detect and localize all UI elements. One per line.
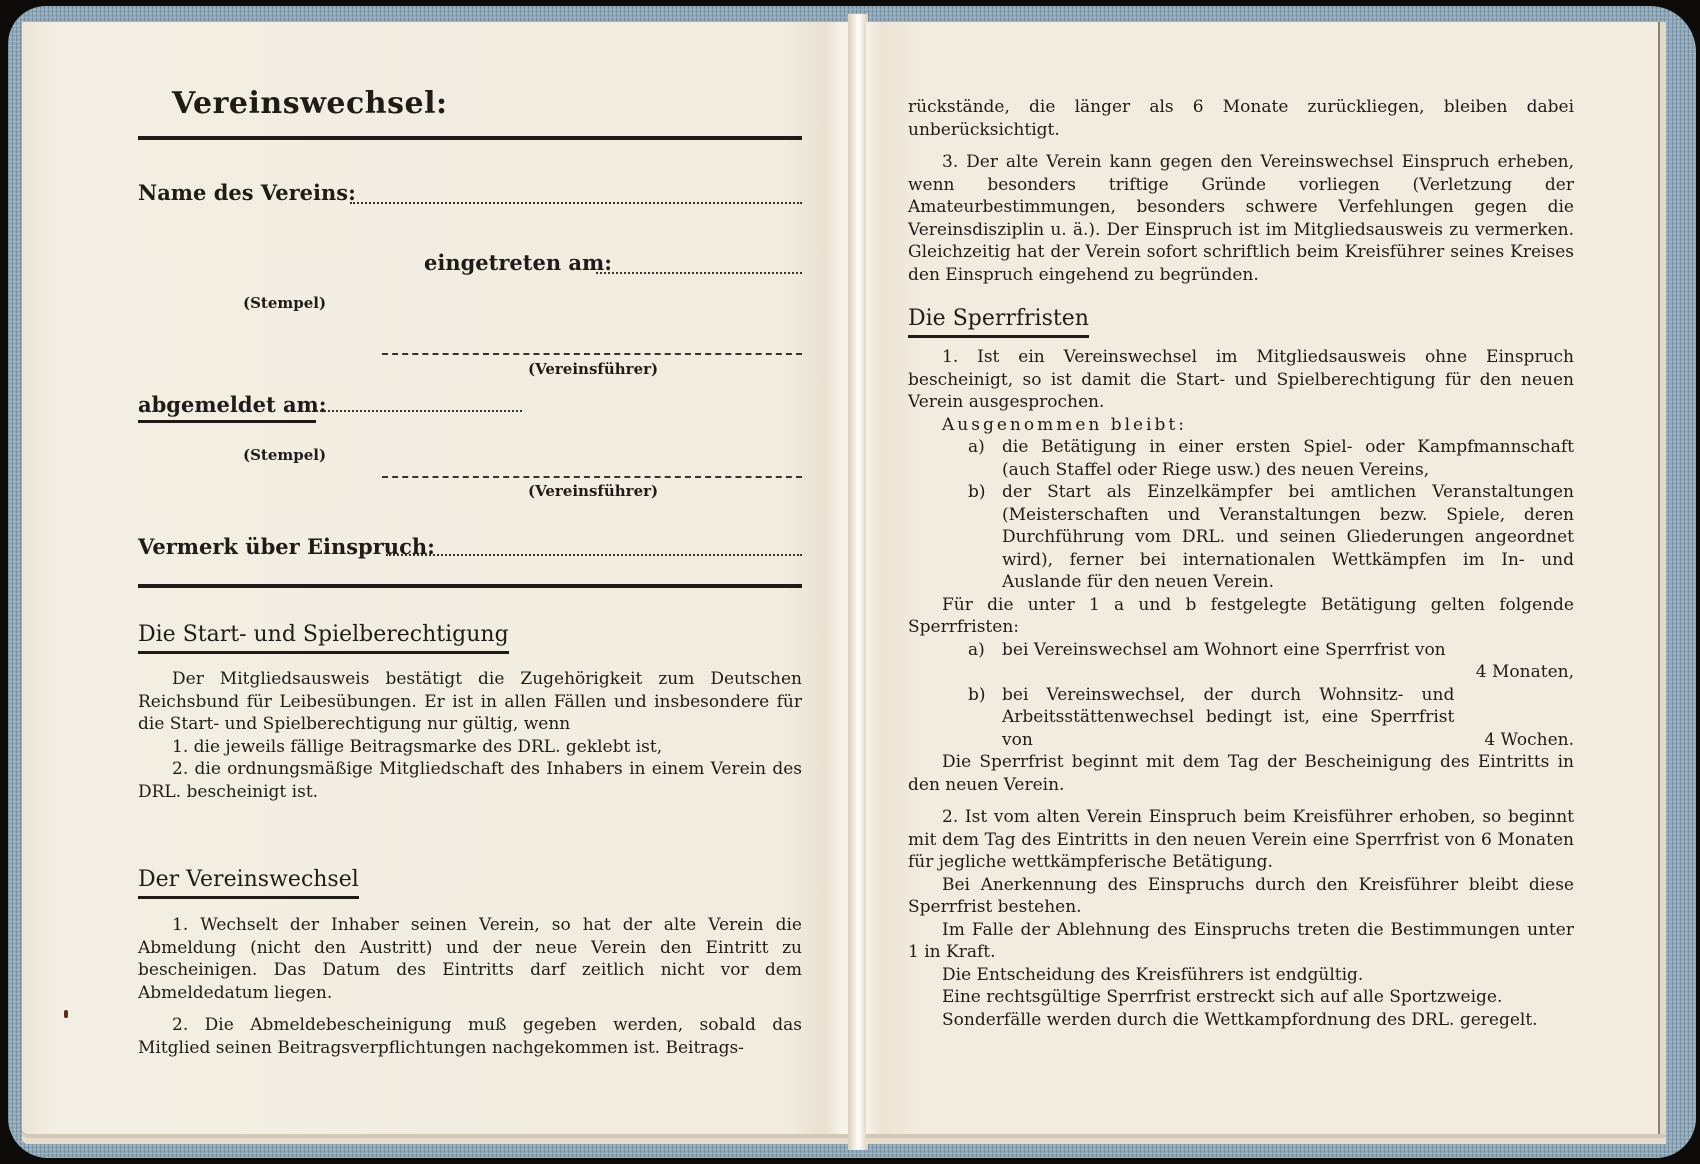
paragraph: Sonderfälle werden durch die Wettkampfor… — [908, 1009, 1574, 1032]
paragraph: rückstände, die länger als 6 Monate zurü… — [908, 96, 1574, 141]
blocking-periods-text: 1. Ist ein Vereinswechsel im Mitgliedsau… — [908, 346, 1574, 1031]
paragraph: Bei Anerkennung des Einspruchs durch den… — [908, 874, 1574, 919]
paragraph: 1. Ist ein Vereinswechsel im Mitgliedsau… — [908, 346, 1574, 414]
paragraph: Für die unter 1 a und b festgelegte Betä… — [908, 594, 1574, 639]
period-value: 4 Monaten, — [1002, 661, 1574, 684]
club-name-label: Name des Vereins: — [138, 180, 356, 205]
paragraph: 2. Ist vom alten Verein Einspruch beim K… — [908, 806, 1574, 874]
paper-mark — [64, 1010, 68, 1018]
deregistered-date-field[interactable] — [316, 410, 522, 412]
exception-item: a) die Betätigung in einer ersten Spiel-… — [908, 436, 1574, 481]
section-heading-blocking-periods: Die Sperrfristen — [908, 306, 1089, 338]
list-text: bei Vereinswechsel am Wohnort eine Sperr… — [1002, 640, 1446, 660]
deregistered-underline — [138, 420, 316, 423]
exception-intro: Ausgenommen bleibt: — [908, 414, 1574, 437]
right-page-text-top: rückstände, die länger als 6 Monate zurü… — [908, 96, 1574, 286]
paragraph: Eine rechtsgültige Sperrfrist erstreckt … — [908, 986, 1574, 1009]
paragraph: Der Mitgliedsausweis bestätigt die Zugeh… — [138, 668, 802, 736]
list-label: a) — [968, 639, 1002, 684]
deregistered-date-label: abgemeldet am: — [138, 392, 327, 417]
paragraph: Die Sperrfrist beginnt mit dem Tag der B… — [908, 751, 1574, 796]
club-name-field[interactable] — [350, 202, 802, 204]
period-value: 4 Wochen. — [1484, 729, 1574, 752]
start-eligibility-text: Der Mitgliedsausweis bestätigt die Zugeh… — [138, 668, 802, 803]
list-text: bei Vereinswechsel, der durch Wohnsitz- … — [1002, 684, 1484, 752]
list-label: b) — [968, 481, 1002, 594]
page-title: Vereinswechsel: — [172, 86, 448, 121]
list-item: 2. die ordnungsmäßige Mitgliedschaft des… — [138, 758, 802, 803]
paragraph: 1. Wechselt der Inhaber seinen Verein, s… — [138, 914, 802, 1004]
period-item: a) bei Vereinswechsel am Wohnort eine Sp… — [908, 639, 1574, 684]
section-heading-start-eligibility: Die Start- und Spielberechtigung — [138, 622, 509, 654]
list-item: 1. die jeweils fällige Beitragsmarke des… — [138, 736, 802, 759]
stamp-label: (Stempel) — [243, 294, 326, 312]
club-leader-label: (Vereinsführer) — [528, 482, 658, 500]
book-spine-gutter — [848, 14, 868, 1150]
club-leader-signature-field[interactable] — [382, 476, 802, 478]
club-change-text: 1. Wechselt der Inhaber seinen Verein, s… — [138, 914, 802, 1059]
joined-date-label: eingetreten am: — [424, 250, 612, 275]
list-text: die Betätigung in einer ersten Spiel- od… — [1002, 436, 1574, 481]
list-label: b) — [968, 684, 1002, 752]
club-leader-label: (Vereinsführer) — [528, 360, 658, 378]
list-text: der Start als Einzelkämpfer bei amtliche… — [1002, 481, 1574, 594]
stamp-label: (Stempel) — [243, 446, 326, 464]
paragraph: Die Entscheidung des Kreisführers ist en… — [908, 964, 1574, 987]
paragraph: Im Falle der Ablehnung des Einspruchs tr… — [908, 919, 1574, 964]
form-end-rule — [138, 584, 802, 588]
paragraph: 3. Der alte Verein kann gegen den Verein… — [908, 151, 1574, 286]
title-rule — [138, 136, 802, 140]
objection-note-field[interactable] — [386, 554, 802, 556]
exception-item: b) der Start als Einzelkämpfer bei amtli… — [908, 481, 1574, 594]
list-label: a) — [968, 436, 1002, 481]
joined-date-field[interactable] — [596, 272, 802, 274]
section-heading-club-change: Der Vereinswechsel — [138, 867, 359, 899]
club-leader-signature-field[interactable] — [382, 353, 802, 355]
paragraph: 2. Die Abmeldebescheinigung muß gegeben … — [138, 1014, 802, 1059]
period-item: b) bei Vereinswechsel, der durch Wohnsit… — [908, 684, 1574, 752]
